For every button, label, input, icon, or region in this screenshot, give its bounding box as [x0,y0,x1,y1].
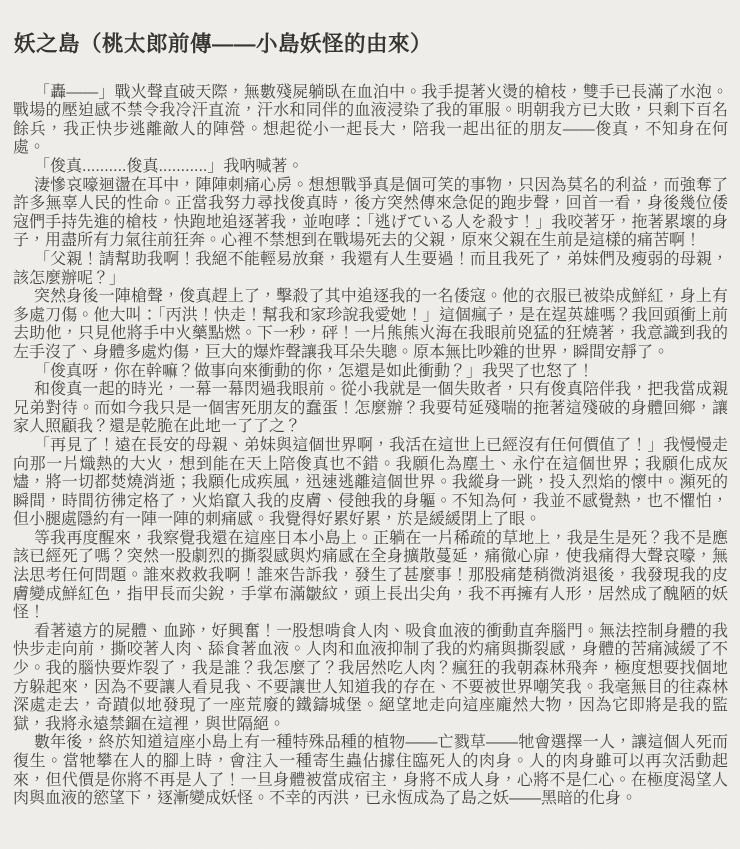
story-paragraph: 數年後，終於知道這座小島上有一種特殊品種的植物——亡戮草——牠會選擇一人，讓這個… [13,734,728,808]
story-paragraph: 突然身後一陣槍聲，俊真趕上了，擊殺了其中追逐我的一名倭寇。他的衣服已被染成鮮紅，… [13,288,728,362]
story-paragraph: 「俊真..........俊真...........」我吶喊著。 [13,158,728,177]
story-paragraph: 和俊真一起的時光，一幕一幕閃過我眼前。從小我就是一個失敗者，只有俊真陪伴我，把我… [13,381,728,437]
story-paragraph: 等我再度醒來，我察覺我還在這座日本小島上。正躺在一片稀疏的草地上，我是生是死？我… [13,530,728,623]
document-page: 妖之島（桃太郎前傳——小島妖怪的由來） 「轟——」戰火聲直破天際，無數殘屍躺臥在… [0,0,740,849]
story-paragraph: 「俊真呀，你在幹嘛？做事向來衝動的你，怎還是如此衝動？」我哭了也怒了！ [13,363,728,382]
page-title: 妖之島（桃太郎前傳——小島妖怪的由來） [14,33,728,57]
story-paragraph: 淒慘哀嚎迴盪在耳中，陣陣刺痛心房。想想戰爭真是個可笑的事物，只因為莫名的利益，而… [13,177,728,251]
story-paragraph: 「轟——」戰火聲直破天際，無數殘屍躺臥在血泊中。我手提著火燙的槍枝，雙手已長滿了… [13,84,728,158]
story-body: 「轟——」戰火聲直破天際，無數殘屍躺臥在血泊中。我手提著火燙的槍枝，雙手已長滿了… [13,84,728,809]
story-paragraph: 「父親！請幫助我啊！我絕不能輕易放棄，我還有人生要過！而且我死了，弟妹們及瘦弱的… [13,251,728,288]
document-background: { "colors": { "background": "#f0eeea", "… [0,0,740,849]
story-paragraph: 「再見了！遠在長安的母親、弟妹與這個世界啊，我活在這世上已經沒有任何價值了！」我… [13,437,728,530]
story-paragraph: 看著遠方的屍體、血跡，好興奮！一股想啃食人肉、吸食血液的衝動直奔腦門。無法控制身… [13,623,728,735]
